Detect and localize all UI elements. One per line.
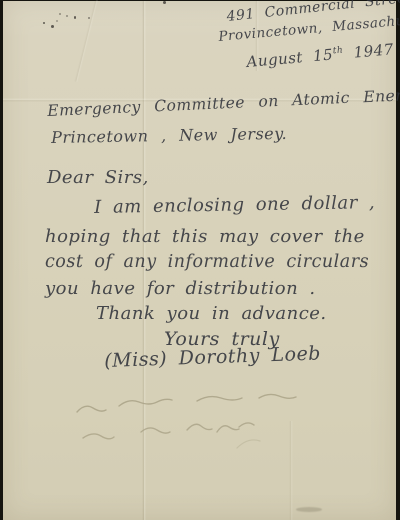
recipient-line-1: Emergency Committee on Atomic Energy,	[47, 87, 400, 119]
date-suffix: 1947	[343, 40, 395, 62]
signature: (Miss) Dorothy Loeb	[104, 344, 321, 371]
ink-speck	[74, 16, 76, 19]
ink-speck	[56, 20, 58, 22]
ink-speck	[43, 22, 45, 24]
body-line-3: cost of any informative circulars	[45, 254, 369, 272]
ink-speck	[51, 25, 54, 28]
smudge-mark	[296, 507, 322, 512]
body-line-1: I am enclosing one dollar ,	[94, 194, 375, 217]
ink-speck	[163, 1, 166, 4]
letter-paper: 491 Commercial Street, Provincetown, Mas…	[3, 1, 396, 520]
date-prefix: August 15	[246, 45, 334, 71]
vertical-crease-bottom	[289, 421, 293, 520]
pencil-arc-mark	[237, 440, 260, 448]
body-line-2: hoping that this may cover the	[45, 228, 365, 246]
ink-speck	[66, 15, 68, 17]
diagonal-crease	[74, 0, 100, 82]
recipient-line-2: Princetown , New Jersey.	[51, 126, 287, 146]
salutation: Dear Sirs,	[47, 169, 149, 187]
ink-speck	[88, 17, 90, 19]
body-thanks: Thank you in advance.	[96, 305, 327, 323]
body-line-4: you have for distribution .	[45, 280, 316, 298]
pencil-scribble-line-2	[83, 423, 254, 439]
letter-date: August 15th 1947	[246, 42, 394, 70]
scanned-letter: 491 Commercial Street, Provincetown, Mas…	[0, 0, 400, 520]
ink-speck	[59, 13, 61, 15]
pencil-scribble-line-1	[77, 394, 296, 412]
